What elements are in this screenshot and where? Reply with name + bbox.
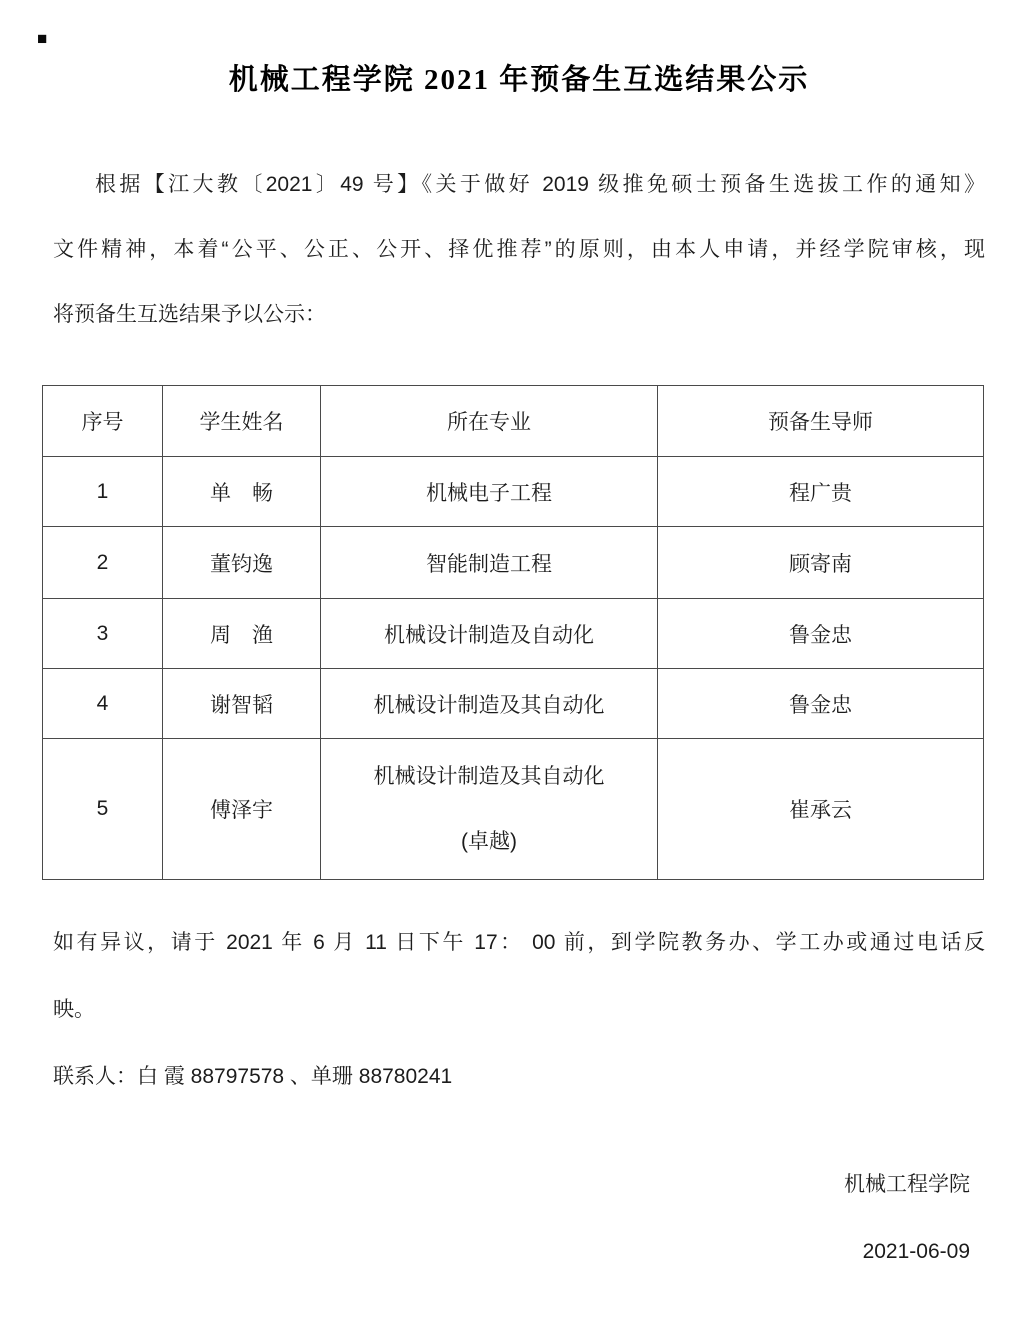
notice-line-1: 如有异议，请于 2021 年 6 月 11 日下午 17： 00 前，到学院教务… <box>53 909 985 976</box>
cell-mentor: 崔承云 <box>658 739 984 880</box>
cell-major-line-1: 机械设计制造及其自动化 <box>321 744 657 809</box>
cell-major: 机械设计制造及其自动化 <box>321 669 658 739</box>
cell-no: 5 <box>43 739 163 880</box>
intro-paragraph: 根据【江大教〔2021〕49 号】《关于做好 2019 级推免硕士预备生选拔工作… <box>53 152 985 347</box>
page-title: 机械工程学院 2021 年预备生互选结果公示 <box>53 52 985 108</box>
cell-mentor: 鲁金忠 <box>658 599 984 669</box>
cell-name: 谢智韬 <box>163 669 321 739</box>
cell-no: 4 <box>43 669 163 739</box>
signature-department: 机械工程学院 <box>53 1151 970 1218</box>
header-cell-mentor: 预备生导师 <box>658 386 984 457</box>
cell-major-line-2: (卓越) <box>321 809 657 874</box>
table-header-row: 序号 学生姓名 所在专业 预备生导师 <box>43 386 984 457</box>
table-row: 2 董钧逸 智能制造工程 顾寄南 <box>43 527 984 599</box>
signature-section: 机械工程学院 2021-06-09 <box>53 1151 985 1285</box>
contact-line: 联系人：白 霞 88797578 、单珊 88780241 <box>53 1043 985 1110</box>
intro-line-2: 文件精神，本着“公平、公正、公开、择优推荐”的原则，由本人申请，并经学院审核，现 <box>53 217 985 282</box>
cell-name: 傅泽宇 <box>163 739 321 880</box>
cell-major: 机械电子工程 <box>321 457 658 527</box>
black-square-mark: ■ <box>37 30 47 47</box>
results-table: 序号 学生姓名 所在专业 预备生导师 1 单 畅 机械电子工程 程广贵 2 董钧… <box>42 385 984 880</box>
intro-line-3: 将预备生互选结果予以公示： <box>53 282 985 347</box>
header-cell-major: 所在专业 <box>321 386 658 457</box>
cell-major: 机械设计制造及自动化 <box>321 599 658 669</box>
cell-major: 机械设计制造及其自动化 (卓越) <box>321 739 658 880</box>
document-page: 机械工程学院 2021 年预备生互选结果公示 根据【江大教〔2021〕49 号】… <box>0 52 1024 1285</box>
intro-line-1: 根据【江大教〔2021〕49 号】《关于做好 2019 级推免硕士预备生选拔工作… <box>53 152 985 217</box>
notice-section: 如有异议，请于 2021 年 6 月 11 日下午 17： 00 前，到学院教务… <box>53 909 985 1110</box>
signature-date: 2021-06-09 <box>53 1218 970 1285</box>
table-row: 4 谢智韬 机械设计制造及其自动化 鲁金忠 <box>43 669 984 739</box>
cell-no: 1 <box>43 457 163 527</box>
header-cell-name: 学生姓名 <box>163 386 321 457</box>
header-cell-no: 序号 <box>43 386 163 457</box>
notice-line-2: 映。 <box>53 976 985 1043</box>
table-row: 3 周 渔 机械设计制造及自动化 鲁金忠 <box>43 599 984 669</box>
cell-mentor: 顾寄南 <box>658 527 984 599</box>
cell-name: 董钧逸 <box>163 527 321 599</box>
cell-no: 3 <box>43 599 163 669</box>
cell-name: 单 畅 <box>163 457 321 527</box>
table-row: 1 单 畅 机械电子工程 程广贵 <box>43 457 984 527</box>
table-row: 5 傅泽宇 机械设计制造及其自动化 (卓越) 崔承云 <box>43 739 984 880</box>
cell-name: 周 渔 <box>163 599 321 669</box>
cell-mentor: 程广贵 <box>658 457 984 527</box>
cell-no: 2 <box>43 527 163 599</box>
cell-mentor: 鲁金忠 <box>658 669 984 739</box>
cell-major: 智能制造工程 <box>321 527 658 599</box>
